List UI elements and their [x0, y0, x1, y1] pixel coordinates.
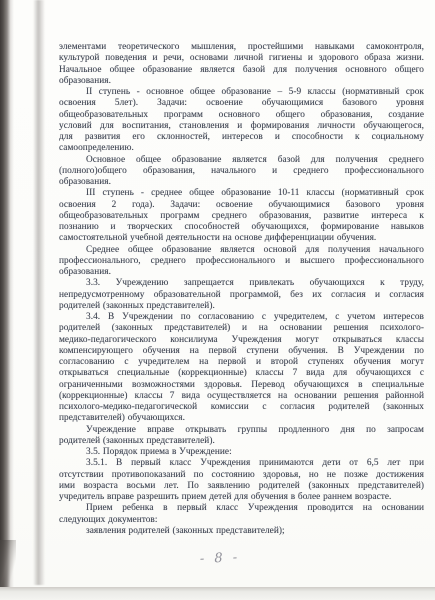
text-line: освоения 5лет). Задачи: освоение обучающ… [59, 98, 424, 109]
corner-bend-shadow [0, 540, 16, 588]
text-line: Среднее общее образование является основ… [59, 245, 424, 256]
text-line: открываться специальные (коррекционные) … [59, 368, 424, 379]
text-line: родителей (законных представителей). [59, 301, 424, 312]
text-line: Начальное общее образование является баз… [59, 65, 424, 76]
text-line: общеобразовательных программ основного о… [59, 110, 424, 121]
text-line: (коррекционные) классы 7 вида осуществля… [59, 391, 424, 402]
text-line: медико-педагогического консилиума Учрежд… [59, 335, 424, 346]
text-line: образования. [59, 177, 424, 188]
text-line: образования. [59, 76, 424, 87]
text-line: культурой поведения и речи, основами лич… [59, 53, 424, 64]
text-line: ограниченными возможностями здоровья. Пе… [59, 380, 424, 391]
text-line: Прием ребенка в первый класс Учреждения … [59, 503, 424, 514]
text-line: освоения 2 года). Задачи: освоение обуча… [59, 200, 424, 211]
text-line: заявления родителей (законных представит… [59, 526, 424, 537]
text-line: самостоятельной учебной деятельности на … [59, 233, 424, 244]
scan-edge-shadow [0, 0, 14, 587]
text-line: элементами теоретического мышления, прос… [59, 42, 424, 53]
page-number: - 8 - [185, 550, 255, 567]
text-line: компенсирующего обучения на первой ступе… [59, 346, 424, 357]
text-line: Основное общее образование является базо… [59, 155, 424, 166]
text-line: для развития его склонностей, интересов … [59, 132, 424, 143]
text-line: согласованию с учредителем на первой и в… [59, 357, 424, 368]
text-line: следующих документов: [59, 515, 424, 526]
text-line: образования. [59, 267, 424, 278]
text-line: учредитель вправе разрешить прием детей … [59, 492, 424, 503]
text-line: условий для воспитания, становления и фо… [59, 121, 424, 132]
text-line: 3.3. Учреждению запрещается привлекать о… [59, 278, 424, 289]
text-line: III ступень - среднее общее образование … [59, 188, 424, 199]
text-line: общеобразовательных программ среднего об… [59, 211, 424, 222]
text-line: представителей) обучающихся. [59, 413, 424, 424]
text-line: родителей (законных представителей). [59, 436, 424, 447]
text-line: психолого-медико-педагогической комиссии… [59, 402, 424, 413]
text-line: родителей (законных представителей) и на… [59, 323, 424, 334]
text-line: II ступень - основное общее образование … [59, 87, 424, 98]
page-fold-line [33, 0, 45, 585]
document-text: элементами теоретического мышления, прос… [59, 42, 424, 537]
text-line: профессионального, среднего профессионал… [59, 256, 424, 267]
text-line: самоопределению. [59, 143, 424, 154]
text-line: ими возраста восьми лет. По заявлению ро… [59, 481, 424, 492]
text-line: 3.5.1. В первый класс Учреждения принима… [59, 458, 424, 469]
text-line: 3.4. В Учреждении по согласованию с учре… [59, 312, 424, 323]
text-line: (полного)общего образования, начального … [59, 166, 424, 177]
text-line: непредусмотренному образовательной прогр… [59, 290, 424, 301]
text-line: познанию и творческих способностей обуча… [59, 222, 424, 233]
text-line: Учреждение вправе открывать группы продл… [59, 425, 424, 436]
page-bottom-edge [0, 587, 435, 600]
scanned-page: элементами теоретического мышления, прос… [0, 0, 435, 600]
text-line: отсутствии противопоказаний по состоянию… [59, 470, 424, 481]
text-line: 3.5. Порядок приема в Учреждение: [59, 447, 424, 458]
